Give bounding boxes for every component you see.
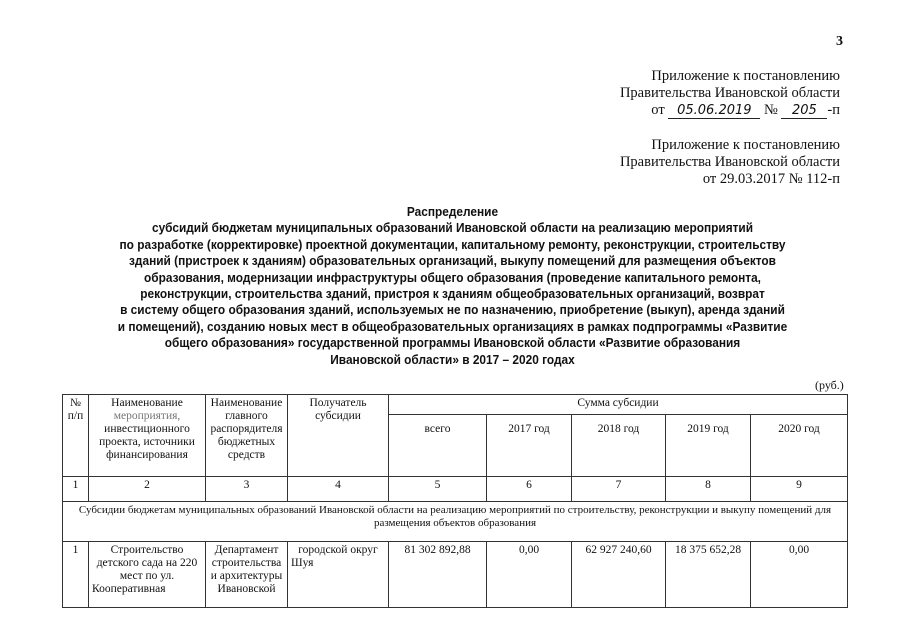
header-num: № п/п xyxy=(63,395,89,477)
title-line: по разработке (корректировке) проектной … xyxy=(81,237,824,253)
table-header-row: № п/п Наименование мероприятия, инвестиц… xyxy=(63,395,848,415)
header-2020: 2020 год xyxy=(751,415,848,477)
handwritten-date: 05.06.2019 xyxy=(668,104,760,119)
appendix-original-line1: Приложение к постановлению xyxy=(620,137,840,154)
row-2019: 18 375 652,28 xyxy=(666,542,751,608)
number-sign: № xyxy=(764,102,778,118)
header-name-line1: Наименование xyxy=(92,397,202,410)
column-number: 6 xyxy=(487,477,572,502)
column-number: 2 xyxy=(89,477,206,502)
title-line: образования, модернизации инфраструктуры… xyxy=(81,270,824,286)
title-line: общего образования» государственной прог… xyxy=(81,335,824,351)
row-distributor: Департамент строительства и архитектуры … xyxy=(206,542,288,608)
header-2017: 2017 год xyxy=(487,415,572,477)
appendix-original-header: Приложение к постановлению Правительства… xyxy=(620,137,840,188)
appendix-current-line3: от 05.06.2019 № 205-п xyxy=(620,102,840,119)
appendix-current-header: Приложение к постановлению Правительства… xyxy=(620,68,840,119)
header-2019: 2019 год xyxy=(666,415,751,477)
section-title: Субсидии бюджетам муниципальных образова… xyxy=(63,502,848,542)
header-distributor: Наименование главного распорядителя бюдж… xyxy=(206,395,288,477)
row-2018: 62 927 240,60 xyxy=(572,542,666,608)
column-number: 8 xyxy=(666,477,751,502)
title-line: в систему общего образования зданий, исп… xyxy=(81,302,824,318)
appendix-current-line1: Приложение к постановлению xyxy=(620,68,840,85)
column-number: 4 xyxy=(288,477,389,502)
header-name: Наименование мероприятия, инвестиционног… xyxy=(89,395,206,477)
row-name: Строительство детского сада на 220 мест … xyxy=(89,542,206,608)
title-heading: Распределение xyxy=(81,204,824,220)
column-number: 9 xyxy=(751,477,848,502)
row-num: 1 xyxy=(63,542,89,608)
row-2017: 0,00 xyxy=(487,542,572,608)
column-number: 1 xyxy=(63,477,89,502)
number-suffix: -п xyxy=(827,102,840,118)
title-line: и помещений), созданию новых мест в обще… xyxy=(81,319,824,335)
header-name-line3: инвестиционного проекта, источники финан… xyxy=(92,423,202,462)
appendix-original-line3: от 29.03.2017 № 112-п xyxy=(620,171,840,188)
currency-unit: (руб.) xyxy=(815,378,844,393)
row-recipient: городской округ Шуя xyxy=(288,542,389,608)
column-number: 5 xyxy=(389,477,487,502)
table-row: 1 Строительство детского сада на 220 мес… xyxy=(63,542,848,608)
document-title: Распределение субсидий бюджетам муниципа… xyxy=(81,204,824,368)
column-number: 7 xyxy=(572,477,666,502)
column-number-row: 1 2 3 4 5 6 7 8 9 xyxy=(63,477,848,502)
title-line: Ивановской области» в 2017 – 2020 годах xyxy=(81,352,824,368)
header-sum-group: Сумма субсидии xyxy=(389,395,848,415)
title-line: реконструкции, строительства зданий, при… xyxy=(81,286,824,302)
header-name-line2: мероприятия, xyxy=(92,410,202,423)
title-line: субсидий бюджетам муниципальных образова… xyxy=(81,220,824,236)
column-number: 3 xyxy=(206,477,288,502)
header-recipient: Получатель субсидии xyxy=(288,395,389,477)
from-label: от xyxy=(651,102,664,118)
section-row: Субсидии бюджетам муниципальных образова… xyxy=(63,502,848,542)
page-number: 3 xyxy=(836,34,843,50)
header-2018: 2018 год xyxy=(572,415,666,477)
header-total: всего xyxy=(389,415,487,477)
appendix-original-line2: Правительства Ивановской области xyxy=(620,154,840,171)
appendix-current-line2: Правительства Ивановской области xyxy=(620,85,840,102)
row-2020: 0,00 xyxy=(751,542,848,608)
subsidy-table: № п/п Наименование мероприятия, инвестиц… xyxy=(62,394,848,608)
title-line: зданий (пристроек к зданиям) образовател… xyxy=(81,253,824,269)
handwritten-number: 205 xyxy=(781,104,827,119)
row-total: 81 302 892,88 xyxy=(389,542,487,608)
